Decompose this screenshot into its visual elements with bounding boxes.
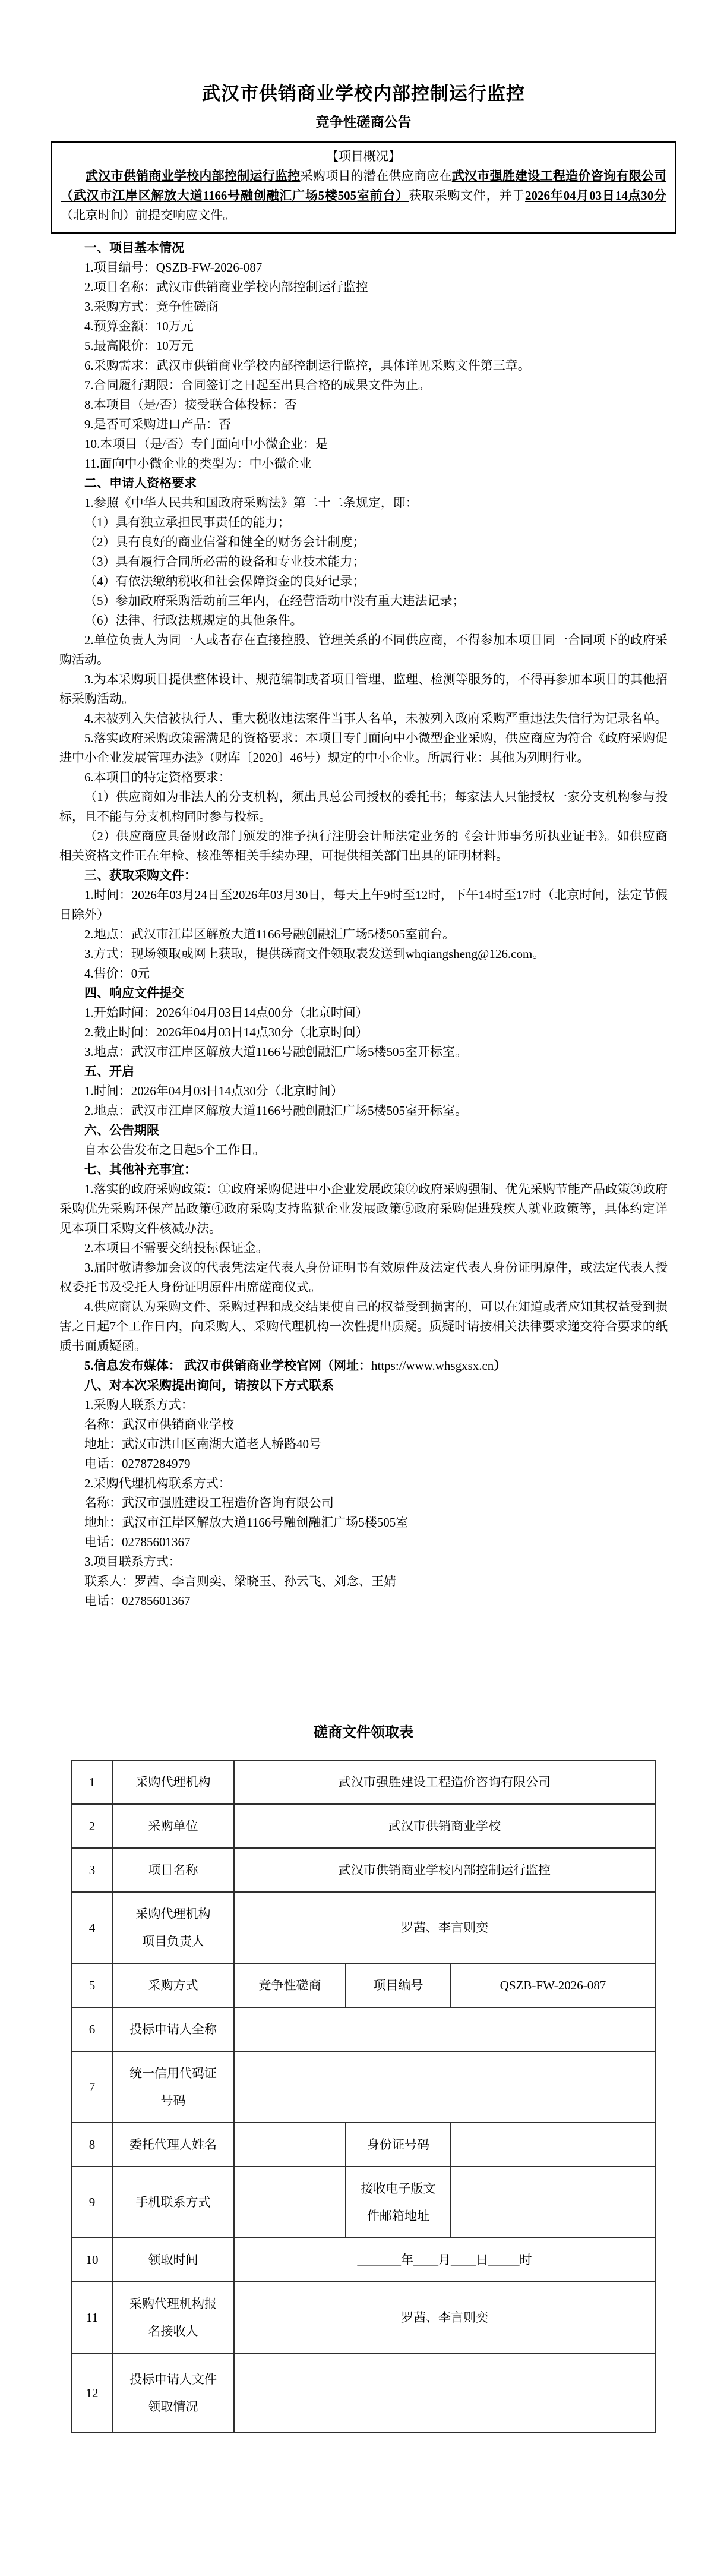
row-label-cell: 委托代理人姓名 <box>112 2123 234 2167</box>
body-paragraph: 地址：武汉市江岸区解放大道1166号融创融汇广场5楼505室 <box>59 1513 668 1533</box>
row-value-cell <box>234 2123 346 2167</box>
body-paragraph: 4.供应商认为采购文件、采购过程和成交结果使自己的权益受到损害的，可以在知道或者… <box>59 1297 668 1356</box>
row-value-cell <box>451 2167 655 2238</box>
overview-text-segment: （北京时间）前提交响应文件。 <box>61 208 235 222</box>
row-number-cell: 6 <box>72 2007 112 2051</box>
text-segment: ） <box>494 1358 506 1373</box>
handout-table-row: 7统一信用代码证 号码 <box>72 2051 655 2123</box>
row-label-cell: 手机联系方式 <box>112 2167 234 2238</box>
row-value-cell <box>234 2007 655 2051</box>
row-label-cell: 身份证号码 <box>346 2123 451 2167</box>
body-paragraph: 1.落实的政府采购政策：①政府采购促进中小企业发展政策②政府采购强制、优先采购节… <box>59 1180 668 1238</box>
body-paragraph: 1.开始时间：2026年04月03日14点00分（北京时间） <box>59 1003 668 1023</box>
body-paragraph: （2）具有良好的商业信誉和健全的财务会计制度； <box>59 532 668 552</box>
row-label-cell: 采购单位 <box>112 1804 234 1848</box>
page-subtitle: 竞争性磋商公告 <box>0 113 727 132</box>
overview-heading: 【项目概况】 <box>61 146 666 166</box>
handout-table-row: 3项目名称武汉市供销商业学校内部控制运行监控 <box>72 1848 655 1892</box>
row-number-cell: 2 <box>72 1804 112 1848</box>
body-paragraph: 电话：02787284979 <box>59 1454 668 1474</box>
body-paragraph: 5.最高限价：10万元 <box>59 336 668 356</box>
body-paragraph: 1.采购人联系方式： <box>59 1395 668 1415</box>
row-value-cell: _______年____月____日_____时 <box>234 2238 655 2282</box>
row-number-cell: 9 <box>72 2167 112 2238</box>
row-label-cell: 领取时间 <box>112 2238 234 2282</box>
section-heading: 四、响应文件提交 <box>59 983 668 1003</box>
body-paragraph: 1.项目编号：QSZB-FW-2026-087 <box>59 258 668 278</box>
row-label-cell: 统一信用代码证 号码 <box>112 2051 234 2123</box>
row-value-cell <box>451 2123 655 2167</box>
section-heading: 二、申请人资格要求 <box>59 474 668 493</box>
body-paragraph: （5）参加政府采购活动前三年内，在经营活动中没有重大违法记录； <box>59 591 668 611</box>
body-paragraph: 6.本项目的特定资格要求： <box>59 768 668 787</box>
handout-table-row: 9手机联系方式接收电子版文 件邮箱地址 <box>72 2167 655 2238</box>
body-paragraph: 3.方式：现场领取或网上获取，提供磋商文件领取表发送到whqiangsheng@… <box>59 944 668 964</box>
body-paragraph: 3.地点：武汉市江岸区解放大道1166号融创融汇广场5楼505室开标室。 <box>59 1042 668 1062</box>
body-paragraph: （1）具有独立承担民事责任的能力； <box>59 513 668 532</box>
row-value-cell: 武汉市供销商业学校 <box>234 1804 655 1848</box>
body-paragraph: （2）供应商应具备财政部门颁发的准予执行注册会计师法定业务的《会计师事务所执业证… <box>59 827 668 866</box>
row-number-cell: 3 <box>72 1848 112 1892</box>
body-paragraph: 9.是否可采购进口产品：否 <box>59 415 668 434</box>
body-paragraph: （1）供应商如为非法人的分支机构，须出具总公司授权的委托书；每家法人只能授权一家… <box>59 787 668 827</box>
body-paragraph: 11.面向中小微企业的类型为：中小微企业 <box>59 454 668 474</box>
row-number-cell: 5 <box>72 1963 112 2007</box>
row-value-cell: QSZB-FW-2026-087 <box>451 1963 655 2007</box>
body-paragraph: 1.参照《中华人民共和国政府采购法》第二十二条规定，即： <box>59 493 668 513</box>
row-number-cell: 7 <box>72 2051 112 2123</box>
text-segment: 5.信息发布媒体： 武汉市供销商业学校官网（网址： <box>84 1358 371 1373</box>
body-paragraph: 3.项目联系方式： <box>59 1552 668 1572</box>
row-label-cell: 投标申请人全称 <box>112 2007 234 2051</box>
body-paragraph: 4.预算金额：10万元 <box>59 317 668 336</box>
body-paragraph: 电话：02785601367 <box>59 1591 668 1611</box>
body-paragraph: 4.未被列入失信被执行人、重大税收违法案件当事人名单，未被列入政府采购严重违法失… <box>59 709 668 729</box>
body-paragraph: 3.届时敬请参加会议的代表凭法定代表人身份证明书有效原件及法定代表人身份证明原件… <box>59 1258 668 1297</box>
body-paragraph: 3.采购方式：竞争性磋商 <box>59 297 668 317</box>
body-paragraph: 10.本项目（是/否）专门面向中小微企业：是 <box>59 434 668 454</box>
document-page: 武汉市供销商业学校内部控制运行监控 竞争性磋商公告 【项目概况】 武汉市供销商业… <box>0 0 727 2576</box>
row-number-cell: 10 <box>72 2238 112 2282</box>
body-paragraph: 名称：武汉市供销商业学校 <box>59 1415 668 1434</box>
section-heading: 八、对本次采购提出询问，请按以下方式联系 <box>59 1376 668 1395</box>
overview-paragraph: 武汉市供销商业学校内部控制运行监控采购项目的潜在供应商应在武汉市强胜建设工程造价… <box>61 166 666 225</box>
body-paragraph: （4）有依法缴纳税收和社会保障资金的良好记录； <box>59 572 668 591</box>
text-segment: https://www.whsgxsx.cn <box>371 1358 494 1373</box>
section-heading: 七、其他补充事宜： <box>59 1160 668 1180</box>
body-paragraph: 名称：武汉市强胜建设工程造价咨询有限公司 <box>59 1493 668 1513</box>
body-paragraph: 1.时间：2026年03月24日至2026年03月30日，每天上午9时至12时，… <box>59 885 668 925</box>
row-number-cell: 4 <box>72 1892 112 1963</box>
row-label-cell: 采购代理机构 <box>112 1760 234 1804</box>
handout-table-row: 11采购代理机构报 名接收人罗茜、李言则奕 <box>72 2282 655 2353</box>
row-label-cell: 采购代理机构 项目负责人 <box>112 1892 234 1963</box>
row-value-cell: 罗茜、李言则奕 <box>234 1892 655 1963</box>
body-paragraph: 地址：武汉市洪山区南湖大道老人桥路40号 <box>59 1434 668 1454</box>
row-label-cell: 投标申请人文件 领取情况 <box>112 2353 234 2433</box>
row-number-cell: 1 <box>72 1760 112 1804</box>
row-value-cell <box>234 2051 655 2123</box>
body-paragraph: 2.项目名称：武汉市供销商业学校内部控制运行监控 <box>59 278 668 297</box>
body-paragraph: 2.地点：武汉市江岸区解放大道1166号融创融汇广场5楼505室开标室。 <box>59 1101 668 1121</box>
row-value-cell: 竞争性磋商 <box>234 1963 346 2007</box>
row-label-cell: 接收电子版文 件邮箱地址 <box>346 2167 451 2238</box>
project-name-text: 武汉市供销商业学校内部控制运行监控 <box>86 169 301 183</box>
handout-table-row: 6投标申请人全称 <box>72 2007 655 2051</box>
row-value-cell <box>234 2353 655 2433</box>
row-value-cell: 武汉市强胜建设工程造价咨询有限公司 <box>234 1760 655 1804</box>
project-overview-box: 【项目概况】 武汉市供销商业学校内部控制运行监控采购项目的潜在供应商应在武汉市强… <box>51 141 676 234</box>
body-paragraph: （3）具有履行合同所必需的设备和专业技术能力； <box>59 552 668 572</box>
row-value-cell <box>234 2167 346 2238</box>
row-label-cell: 项目编号 <box>346 1963 451 2007</box>
section-heading: 一、项目基本情况 <box>59 238 668 258</box>
row-value-cell: 武汉市供销商业学校内部控制运行监控 <box>234 1848 655 1892</box>
row-label-cell: 采购方式 <box>112 1963 234 2007</box>
section-heading: 三、获取采购文件： <box>59 866 668 885</box>
row-number-cell: 8 <box>72 2123 112 2167</box>
handout-table-row: 5采购方式竞争性磋商项目编号QSZB-FW-2026-087 <box>72 1963 655 2007</box>
announcement-body: 一、项目基本情况1.项目编号：QSZB-FW-2026-0872.项目名称：武汉… <box>59 238 668 1611</box>
body-paragraph: 5.信息发布媒体： 武汉市供销商业学校官网（网址：https://www.whs… <box>59 1356 668 1376</box>
section-heading: 五、开启 <box>59 1062 668 1082</box>
body-paragraph: （6）法律、行政法规规定的其他条件。 <box>59 611 668 630</box>
overview-text-segment: 获取采购文件，并于 <box>409 188 525 203</box>
body-paragraph: 2.本项目不需要交纳投标保证金。 <box>59 1238 668 1258</box>
body-paragraph: 4.售价：0元 <box>59 964 668 983</box>
handout-table-row: 1采购代理机构武汉市强胜建设工程造价咨询有限公司 <box>72 1760 655 1804</box>
body-paragraph: 5.落实政府采购政策需满足的资格要求：本项目专门面向中小微型企业采购，供应商应为… <box>59 729 668 768</box>
handout-table-title: 磋商文件领取表 <box>0 1723 727 1743</box>
body-paragraph: 2.单位负责人为同一人或者存在直接控股、管理关系的不同供应商，不得参加本项目同一… <box>59 630 668 670</box>
body-paragraph: 3.为本采购项目提供整体设计、规范编制或者项目管理、监理、检测等服务的，不得再参… <box>59 670 668 709</box>
handout-table-row: 4采购代理机构 项目负责人罗茜、李言则奕 <box>72 1892 655 1963</box>
body-paragraph: 自本公告发布之日起5个工作日。 <box>59 1140 668 1160</box>
row-label-cell: 项目名称 <box>112 1848 234 1892</box>
overview-text-segment: 采购项目的潜在供应商应在 <box>301 169 452 183</box>
row-label-cell: 采购代理机构报 名接收人 <box>112 2282 234 2353</box>
handout-table-body: 1采购代理机构武汉市强胜建设工程造价咨询有限公司2采购单位武汉市供销商业学校3项… <box>72 1760 655 2433</box>
body-paragraph: 8.本项目（是/否）接受联合体投标：否 <box>59 395 668 415</box>
body-paragraph: 1.时间：2026年04月03日14点30分（北京时间） <box>59 1082 668 1101</box>
section-heading: 六、公告期限 <box>59 1121 668 1140</box>
body-paragraph: 电话：02785601367 <box>59 1533 668 1552</box>
handout-table-row: 10领取时间_______年____月____日_____时 <box>72 2238 655 2282</box>
handout-table-row: 12投标申请人文件 领取情况 <box>72 2353 655 2433</box>
body-paragraph: 7.合同履行期限：合同签订之日起至出具合格的成果文件为止。 <box>59 376 668 395</box>
deadline-text: 2026年04月03日14点30分 <box>525 188 666 203</box>
body-paragraph: 联系人：罗茜、李言则奕、梁晓玉、孙云飞、刘念、王婧 <box>59 1572 668 1591</box>
body-paragraph: 2.地点：武汉市江岸区解放大道1166号融创融汇广场5楼505室前台。 <box>59 925 668 944</box>
handout-table-row: 2采购单位武汉市供销商业学校 <box>72 1804 655 1848</box>
body-paragraph: 6.采购需求：武汉市供销商业学校内部控制运行监控，具体详见采购文件第三章。 <box>59 356 668 376</box>
page-title: 武汉市供销商业学校内部控制运行监控 <box>0 82 727 106</box>
handout-table-row: 8委托代理人姓名身份证号码 <box>72 2123 655 2167</box>
row-number-cell: 12 <box>72 2353 112 2433</box>
row-number-cell: 11 <box>72 2282 112 2353</box>
body-paragraph: 2.采购代理机构联系方式： <box>59 1474 668 1493</box>
body-paragraph: 2.截止时间：2026年04月03日14点30分（北京时间） <box>59 1023 668 1042</box>
row-value-cell: 罗茜、李言则奕 <box>234 2282 655 2353</box>
handout-table: 1采购代理机构武汉市强胜建设工程造价咨询有限公司2采购单位武汉市供销商业学校3项… <box>71 1760 656 2433</box>
